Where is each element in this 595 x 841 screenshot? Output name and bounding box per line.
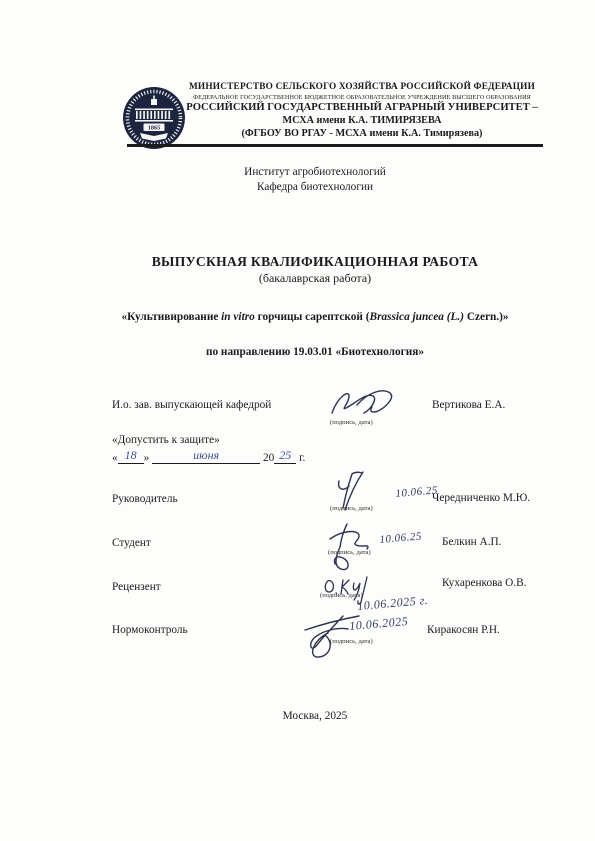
year-unit: г. bbox=[299, 452, 305, 464]
topic-part: горчицы сарептской ( bbox=[255, 311, 370, 323]
handwritten-year: 25 bbox=[279, 448, 291, 462]
university-name-line: РОССИЙСКИЙ ГОСУДАРСТВЕННЫЙ АГРАРНЫЙ УНИВ… bbox=[178, 102, 546, 115]
handwritten-date-student: 10.06.25 bbox=[379, 530, 422, 546]
work-subtype: (бакалаврская работа) bbox=[90, 271, 540, 286]
header-divider bbox=[127, 144, 543, 147]
ministry-line: МИНИСТЕРСТВО СЕЛЬСКОГО ХОЗЯЙСТВА РОССИЙС… bbox=[178, 82, 546, 93]
name-reviewer: Кухаренкова О.В. bbox=[442, 577, 526, 589]
row-label-student: Студент bbox=[112, 537, 151, 549]
signature-caption: (подпись, дата) bbox=[330, 638, 373, 645]
handwritten-day: 18 bbox=[125, 448, 137, 462]
topic-latin-invitro: in vitro bbox=[221, 311, 255, 323]
signature-student bbox=[325, 522, 377, 574]
academy-name-line: МСХА имени К.А. ТИМИРЯЗЕВА bbox=[178, 115, 546, 127]
name-norm-control: Киракосян Р.Н. bbox=[427, 624, 500, 636]
abbreviation-line: (ФГБОУ ВО РГАУ - МСХА имени К.А. Тимиряз… bbox=[178, 128, 546, 140]
signature-caption: (подпись, дата) bbox=[320, 592, 363, 599]
study-direction: по направлению 19.03.01 «Биотехнология» bbox=[90, 346, 540, 358]
logo-year: 1865 bbox=[148, 125, 160, 132]
signature-caption: (подпись, дата) bbox=[328, 549, 371, 556]
day-blank: 18 bbox=[118, 449, 144, 464]
institution-type-line: ФЕДЕРАЛЬНОЕ ГОСУДАРСТВЕННОЕ БЮДЖЕТНОЕ ОБ… bbox=[178, 94, 546, 101]
signature-caption: (подпись, дата) bbox=[330, 505, 373, 512]
signature-caption: (подпись, дата) bbox=[330, 419, 373, 426]
topic-part: «Культивирование bbox=[121, 311, 221, 323]
row-label-norm-control: Нормоконтроль bbox=[112, 624, 188, 636]
year-blank: 25 bbox=[274, 449, 296, 464]
department-name: Кафедра биотехнологии bbox=[90, 180, 540, 195]
city-year: Москва, 2025 bbox=[90, 710, 540, 722]
admission-line: «Допустить к защите» bbox=[112, 434, 220, 446]
month-blank: июня bbox=[152, 449, 260, 464]
signature-head-of-department bbox=[326, 386, 400, 420]
header-block: МИНИСТЕРСТВО СЕЛЬСКОГО ХОЗЯЙСТВА РОССИЙС… bbox=[178, 82, 546, 140]
name-student: Белкин А.П. bbox=[442, 536, 502, 548]
work-type-title: ВЫПУСКНАЯ КВАЛИФИКАЦИОННАЯ РАБОТА bbox=[90, 254, 540, 270]
admission-date-line: «18» июня 2025 г. bbox=[112, 449, 305, 464]
name-head-of-department: Вертикова Е.А. bbox=[432, 399, 505, 411]
row-label-reviewer: Рецензент bbox=[112, 581, 161, 593]
handwritten-month: июня bbox=[193, 448, 219, 462]
topic-part: Czern.)» bbox=[464, 311, 509, 323]
thesis-title-page: 1865 МИНИСТЕРСТВО СЕЛЬСКОГО ХОЗЯЙСТВА РО… bbox=[0, 0, 595, 841]
topic-latin-species: Brassica juncea (L.) bbox=[370, 311, 464, 323]
row-label-head-of-department: И.о. зав. выпускающей кафедрой bbox=[112, 399, 271, 411]
institute-block: Институт агробиотехнологий Кафедра биоте… bbox=[90, 165, 540, 196]
institute-name: Институт агробиотехнологий bbox=[90, 165, 540, 180]
year-prefix: 20 bbox=[263, 452, 274, 464]
thesis-topic: «Культивирование in vitro горчицы сарепт… bbox=[90, 311, 540, 323]
name-supervisor: Чередниченко М.Ю. bbox=[432, 492, 530, 504]
row-label-supervisor: Руководитель bbox=[112, 493, 178, 505]
quote-close: » bbox=[144, 452, 150, 464]
